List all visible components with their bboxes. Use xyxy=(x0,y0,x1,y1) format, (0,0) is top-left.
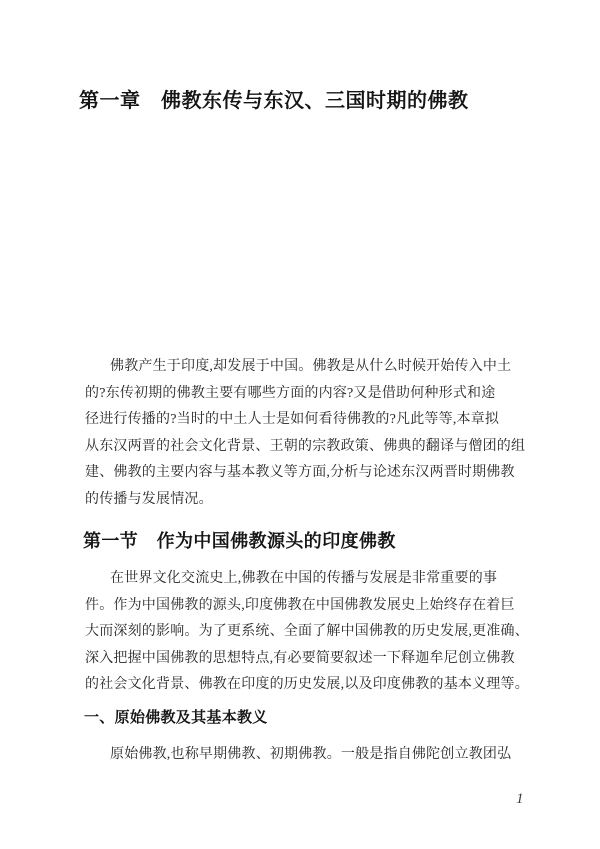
text-line: 大而深刻的影响。为了更系统、全面了解中国佛教的历史发展,更准确、 xyxy=(85,619,535,646)
book-page: 第一章 佛教东传与东汉、三国时期的佛教 佛教产生于印度,却发展于中国。佛教是从什… xyxy=(0,0,600,849)
subsection-heading: 一、原始佛教及其基本教义 xyxy=(84,706,268,727)
text-line: 深入把握中国佛教的思想特点,有必要简要叙述一下释迦牟尼创立佛教 xyxy=(85,646,535,673)
text-line: 在世界文化交流史上,佛教在中国的传播与发展是非常重要的事 xyxy=(85,566,535,593)
text-line: 件。作为中国佛教的源头,印度佛教在中国佛教发展史上始终存在着巨 xyxy=(85,593,535,620)
page-number: 1 xyxy=(516,791,524,808)
text-line: 从东汉两晋的社会文化背景、王朝的宗教政策、佛典的翻译与僧团的组 xyxy=(85,434,535,461)
text-line: 佛教产生于印度,却发展于中国。佛教是从什么时候开始传入中土 xyxy=(85,354,535,381)
section-heading: 第一节 作为中国佛教源头的印度佛教 xyxy=(83,527,396,553)
text-line: 径进行传播的?当时的中土人士是如何看待佛教的?凡此等等,本章拟 xyxy=(85,407,535,434)
text-line: 的社会文化背景、佛教在印度的历史发展,以及印度佛教的基本义理等。 xyxy=(85,672,535,699)
text-line: 的?东传初期的佛教主要有哪些方面的内容?又是借助何种形式和途 xyxy=(85,381,535,408)
chapter-title: 第一章 佛教东传与东汉、三国时期的佛教 xyxy=(79,84,469,113)
text-line: 建、佛教的主要内容与基本教义等方面,分析与论述东汉两晋时期佛教 xyxy=(85,460,535,487)
text-line: 原始佛教,也称早期佛教、初期佛教。一般是指自佛陀创立教团弘 xyxy=(85,742,535,769)
intro-paragraph: 佛教产生于印度,却发展于中国。佛教是从什么时候开始传入中土的?东传初期的佛教主要… xyxy=(85,354,535,514)
section-paragraph: 在世界文化交流史上,佛教在中国的传播与发展是非常重要的事件。作为中国佛教的源头,… xyxy=(85,566,535,699)
subsection-paragraph: 原始佛教,也称早期佛教、初期佛教。一般是指自佛陀创立教团弘 xyxy=(85,742,535,769)
text-line: 的传播与发展情况。 xyxy=(85,487,535,514)
